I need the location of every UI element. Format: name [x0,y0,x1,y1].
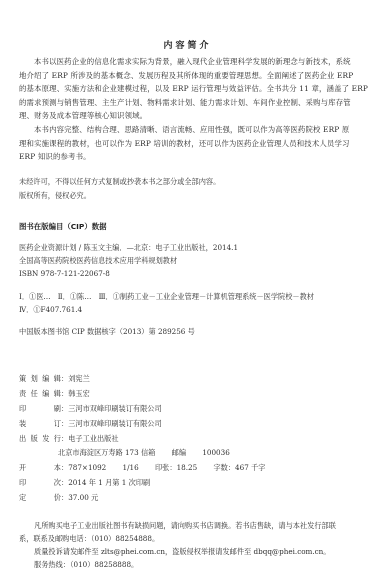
notice-line: 凡所购买电子工业出版社图书有缺损问题，请向购买书店调换。若书店售缺，请与本社发行… [34,521,336,531]
info-label: 开本 [19,463,61,473]
info-value: 2014 年 1 月第 1 次印刷 [68,478,150,488]
notice-line: 系，联系及邮购电话：（010）88254888。 [19,534,159,544]
summary-line: ERP 知识的参考书。 [19,150,359,164]
cip-series-line: 全国高等医药院校医药信息技术应用学科规划教材 [19,256,177,266]
summary-line: 理、财务及成本管理等核心知识领域。 [19,109,359,123]
cip-book-line: 医药企业资源计划 / 陈玉文主编．—北京：电子工业出版社，2014.1 [19,243,238,253]
copyright-notice: 未经许可，不得以任何方式复制或抄袭本书之部分或全部内容。 [19,177,220,187]
info-row-planning-editor: 策划编辑：刘宪兰 [19,374,90,384]
cip-classification-line: Ⅰ．①医… Ⅱ．①陈… Ⅲ．①制药工业－工业企业管理－计算机管理系统－医学院校－… [19,292,314,302]
summary-line: 地介绍了 ERP 所涉及的基本概念、发展历程及其所体现的重要管理思想。全面阐述了… [19,69,359,83]
info-row-publisher: 出版发行：电子工业出版社 [19,434,119,444]
address-value: 北京市海淀区万寿路 173 信箱 [58,448,155,457]
info-row-price: 定价：37.00 元 [19,493,98,503]
info-label: 定价 [19,493,61,503]
notice-hotline: 服务热线：（010）88258888。 [34,560,138,568]
sheets-value: 18.25 [177,463,198,472]
words-value: 467 千字 [235,463,265,472]
info-value: 三河市双峰印刷装订有限公司 [68,419,161,429]
summary-line: 理和实施课程的教材，也可以作为 ERP 培训的教材，还可以作为医药企业管理人员和… [19,137,359,151]
copyright-page: 内容简介 本书以医药企业的信息化需求实际为背景，融入现代企业管理科学发展的新理念… [0,0,375,568]
info-row-binder: 装订：三河市双峰印刷装订有限公司 [19,419,162,429]
summary-paragraph-2: 本书内容完整、结构合理、思路清晰、语言流畅、应用性强，既可以作为高等医药院校 E… [19,123,359,164]
copyright-rights: 版权所有，侵权必究。 [19,191,91,201]
info-label: 印刷 [19,404,61,414]
cip-heading: 图书在版编目（CIP）数据 [19,221,107,232]
info-value: 电子工业出版社 [68,434,118,444]
postcode-label: 邮编 [172,448,186,458]
postcode-value: 100036 [202,448,229,457]
info-label: 出版发行 [19,434,61,444]
summary-line: 本书内容完整、结构合理、思路清晰、语言流畅、应用性强，既可以作为高等医药院校 E… [19,123,359,137]
info-value: 三河市双峰印刷装订有限公司 [68,404,161,414]
info-value: 刘宪兰 [68,374,90,384]
format-fold: 1/16 [123,463,139,472]
info-label: 责任编辑 [19,389,61,399]
cip-number: 中国版本图书馆 CIP 数据核字（2013）第 289256 号 [19,327,195,337]
cip-classification-line: Ⅳ．①F407.761.4 [19,305,82,315]
notice-email-line: 质量投诉请发邮件至 zlts@phei.com.cn，盗版侵权举报请发邮件至 d… [34,547,331,557]
info-row-printer: 印刷：三河市双峰印刷装订有限公司 [19,404,162,414]
summary-line: 本书以医药企业的信息化需求实际为背景，融入现代企业管理科学发展的新理念与新技术，… [19,55,359,69]
words-label: 字数 [213,463,227,472]
summary-line: 的基本原理、实施方法和企业建模过程，以及 ERP 运行管理与效益评估。全书共分 … [19,82,359,96]
info-label: 印次 [19,478,61,488]
summary-title: 内容简介 [0,38,375,51]
info-row-format: 开本：787×1092 1/16 印张：18.25 字数：467 千字 [19,463,265,473]
info-row-responsible-editor: 责任编辑：韩玉宏 [19,389,90,399]
info-label: 装订 [19,419,61,429]
info-row-printing: 印次：2014 年 1 月第 1 次印刷 [19,478,150,488]
info-value: 韩玉宏 [68,389,90,399]
cip-isbn-line: ISBN 978-7-121-22067-8 [19,269,110,278]
sheets-label: 印张 [155,463,169,472]
summary-line: 的需求预测与销售管理、主生产计划、物料需求计划、能力需求计划、车间作业控制、采购… [19,96,359,110]
info-value: 37.00 元 [68,493,98,503]
publisher-address: 北京市海淀区万寿路 173 信箱 邮编 100036 [58,448,230,458]
format-size: 787×1092 [68,463,106,472]
summary-paragraph-1: 本书以医药企业的信息化需求实际为背景，融入现代企业管理科学发展的新理念与新技术，… [19,55,359,123]
info-label: 策划编辑 [19,374,61,384]
